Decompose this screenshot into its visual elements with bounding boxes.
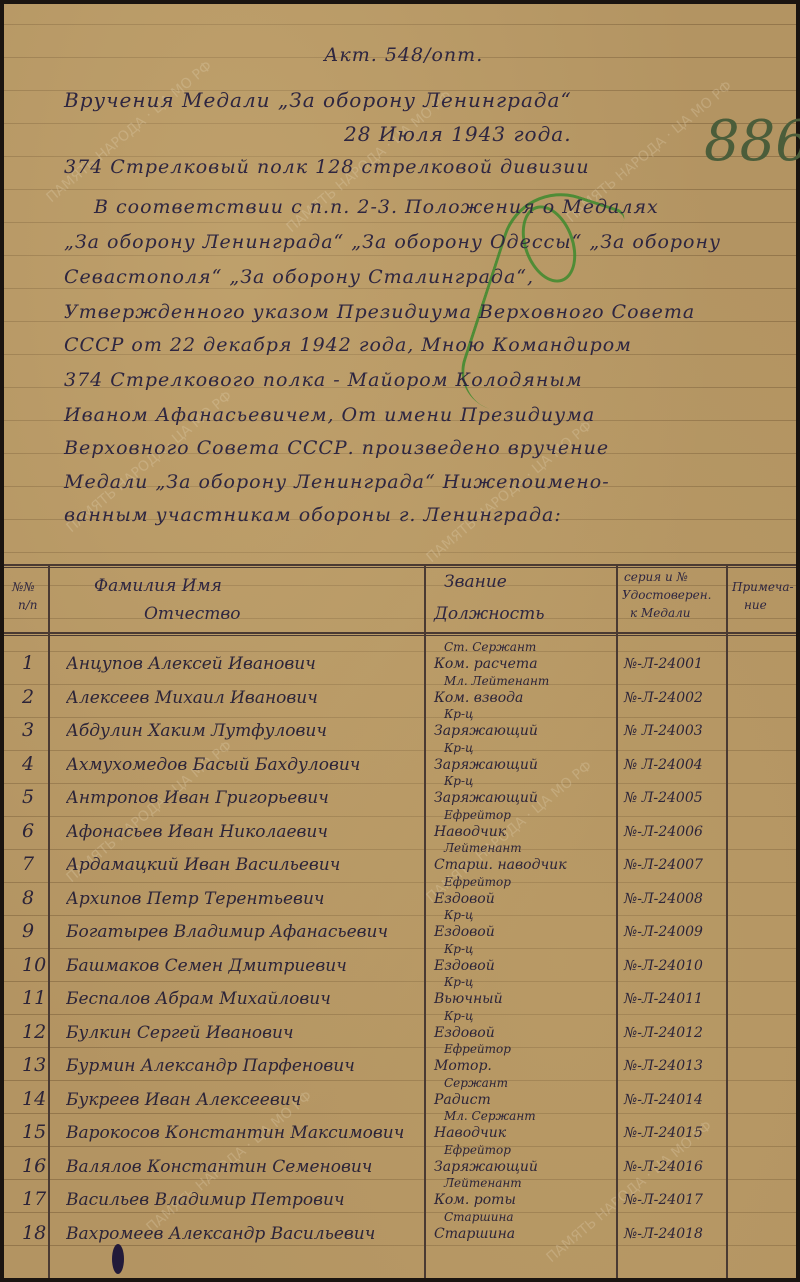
body-line: Утвержденного указом Президиума Верховно… [64, 301, 695, 323]
recipient-rank: Сержант [444, 1076, 508, 1090]
recipient-name: Валялов Константин Семенович [66, 1157, 426, 1177]
body-line: Севастополя“ „За оборону Сталинграда“, [64, 266, 534, 288]
row-number: 6 [22, 820, 52, 842]
recipient-name: Бурмин Александр Парфенович [66, 1056, 426, 1076]
table-row: 5Антропов Иван ГригорьевичКр-цЗаряжающий… [4, 782, 796, 814]
table-row: 3Абдулин Хаким ЛутфуловичКр-цЗаряжающий№… [4, 715, 796, 747]
recipient-name: Букреев Иван Алексеевич [66, 1090, 426, 1110]
recipient-rank: Ст. Сержант [444, 640, 536, 654]
watermark: ПАМЯТЬ НАРОДА · ЦА МО РФ [44, 58, 216, 206]
row-number: 3 [22, 719, 52, 741]
recipient-name: Афонасьев Иван Николаевич [66, 822, 426, 842]
row-note [734, 1226, 794, 1250]
row-note [734, 690, 794, 714]
recipient-name: Анцупов Алексей Иванович [66, 654, 426, 674]
row-note [734, 790, 794, 814]
row-number: 4 [22, 753, 52, 775]
medal-certificate-serial: №-Л-24018 [624, 1226, 703, 1242]
body-line: В соответствии с п.п. 2-3. Положения о М… [94, 196, 659, 218]
table-row: 12Булкин Сергей ИвановичКр-цЕздовой№-Л-2… [4, 1017, 796, 1049]
header-name: Фамилия Имя [94, 576, 222, 596]
recipient-name: Богатырев Владимир Афанасьевич [66, 922, 426, 942]
medal-certificate-serial: №-Л-24007 [624, 857, 703, 873]
table-row: 14Букреев Иван АлексеевичСержантРадист№-… [4, 1084, 796, 1116]
recipient-name: Варокосов Константин Максимович [66, 1123, 426, 1143]
recipient-rank: Мл. Сержант [444, 1109, 536, 1123]
table-row: 16Валялов Константин СеменовичЕфрейторЗа… [4, 1151, 796, 1183]
recipient-rank: Кр-ц [444, 908, 473, 922]
recipient-position: Радист [434, 1092, 491, 1108]
recipient-name: Башмаков Семен Дмитриевич [66, 956, 426, 976]
ink-blot [112, 1244, 124, 1274]
table-row: 13Бурмин Александр ПарфеновичЕфрейторМот… [4, 1050, 796, 1082]
medal-certificate-serial: № Л-24005 [624, 790, 703, 806]
heading-line-1: Вручения Медали „За оборону Ленинграда“ [64, 88, 572, 112]
table-row: 8Архипов Петр ТерентьевичЕфрейторЕздовой… [4, 883, 796, 915]
recipient-rank: Кр-ц [444, 975, 473, 989]
document-page: ПАМЯТЬ НАРОДА · ЦА МО РФ ПАМЯТЬ НАРОДА ·… [4, 4, 796, 1278]
recipient-rank: Ефрейтор [444, 1143, 511, 1157]
table-row: 4Ахмухомедов Басый БахдуловичКр-цЗаряжаю… [4, 749, 796, 781]
header-note: ние [744, 598, 767, 612]
recipient-position: Заряжающий [434, 757, 538, 773]
row-note [734, 1092, 794, 1116]
recipient-name: Беспалов Абрам Михайлович [66, 989, 426, 1009]
medal-certificate-serial: №-Л-24008 [624, 891, 703, 907]
medal-certificate-serial: №-Л-24011 [624, 991, 703, 1007]
recipient-position: Ком. роты [434, 1192, 516, 1208]
recipient-rank: Кр-ц [444, 774, 473, 788]
recipient-name: Архипов Петр Терентьевич [66, 889, 426, 909]
recipient-position: Ком. взвода [434, 690, 523, 706]
recipient-position: Заряжающий [434, 1159, 538, 1175]
recipient-rank: Ефрейтор [444, 808, 511, 822]
recipient-rank: Ефрейтор [444, 1042, 511, 1056]
row-note [734, 1125, 794, 1149]
recipient-name: Вахромеев Александр Васильевич [66, 1224, 426, 1244]
row-note [734, 723, 794, 747]
body-line: Верховного Совета СССР. произведено вруч… [64, 437, 609, 459]
row-number: 5 [22, 786, 52, 808]
row-note [734, 857, 794, 881]
body-line: „За оборону Ленинграда“ „За оборону Одес… [64, 231, 721, 253]
medal-certificate-serial: №-Л-24002 [624, 690, 703, 706]
recipient-name: Ардамацкий Иван Васильевич [66, 855, 426, 875]
row-number: 10 [22, 954, 52, 976]
row-note [734, 924, 794, 948]
row-note [734, 1025, 794, 1049]
row-note [734, 1159, 794, 1183]
body-line: 374 Стрелковый полк 128 стрелковой дивиз… [64, 156, 590, 178]
body-line: ванным участникам обороны г. Ленинграда: [64, 504, 562, 526]
recipient-position: Старш. наводчик [434, 857, 567, 873]
body-line: Медали „За оборону Ленинграда“ Нижепоиме… [64, 471, 610, 493]
recipient-rank: Старшина [444, 1210, 514, 1224]
header-note: Примеча- [732, 580, 794, 594]
header-name: Отчество [144, 604, 240, 624]
medal-certificate-serial: № Л-24003 [624, 723, 703, 739]
table-rule [4, 635, 796, 636]
table-rule [4, 632, 796, 634]
row-note [734, 1058, 794, 1082]
body-line: Иваном Афанасьевичем, От имени Президиум… [64, 404, 595, 426]
recipient-name: Ахмухомедов Басый Бахдулович [66, 755, 426, 775]
medal-certificate-serial: №-Л-24016 [624, 1159, 703, 1175]
heading-date: 28 Июля 1943 года. [344, 122, 572, 146]
row-number: 2 [22, 686, 52, 708]
medal-certificate-serial: №-Л-24013 [624, 1058, 703, 1074]
table-row: 9Богатырев Владимир АфанасьевичКр-цЕздов… [4, 916, 796, 948]
medal-certificate-serial: №-Л-24010 [624, 958, 703, 974]
table-row: 11Беспалов Абрам МихайловичКр-цВьючный№-… [4, 983, 796, 1015]
row-number: 17 [22, 1188, 52, 1210]
act-title: Акт. 548/опт. [324, 44, 483, 66]
row-number: 1 [22, 652, 52, 674]
medal-certificate-serial: №-Л-24014 [624, 1092, 703, 1108]
row-note [734, 991, 794, 1015]
header-serial: к Медали [630, 606, 691, 620]
medal-certificate-serial: №-Л-24012 [624, 1025, 703, 1041]
header-num: п/п [18, 598, 38, 612]
table-row: 18Вахромеев Александр ВасильевичСтаршина… [4, 1218, 796, 1250]
header-serial: Удостоверен. [622, 588, 711, 602]
recipient-rank: Мл. Лейтенант [444, 674, 549, 688]
table-row: 7Ардамацкий Иван ВасильевичЛейтенантСтар… [4, 849, 796, 881]
body-line: СССР от 22 декабря 1942 года, Мною Коман… [64, 334, 632, 356]
table-rule [4, 564, 796, 566]
row-number: 13 [22, 1054, 52, 1076]
table-row: 17Васильев Владимир ПетровичЛейтенантКом… [4, 1184, 796, 1216]
row-note [734, 656, 794, 680]
recipient-position: Заряжающий [434, 790, 538, 806]
recipient-position: Наводчик [434, 824, 506, 840]
recipient-position: Старшина [434, 1226, 515, 1242]
table-row: 15Варокосов Константин МаксимовичМл. Сер… [4, 1117, 796, 1149]
recipient-position: Наводчик [434, 1125, 506, 1141]
row-number: 12 [22, 1021, 52, 1043]
header-serial: серия и № [624, 570, 688, 584]
table-row: 2Алексеев Михаил ИвановичМл. ЛейтенантКо… [4, 682, 796, 714]
medal-certificate-serial: №-Л-24001 [624, 656, 703, 672]
header-num: №№ [12, 580, 35, 594]
recipient-name: Абдулин Хаким Лутфулович [66, 721, 426, 741]
medal-certificate-serial: №-Л-24017 [624, 1192, 703, 1208]
row-number: 14 [22, 1088, 52, 1110]
archive-page-number: 886 [704, 109, 800, 174]
recipient-rank: Кр-ц [444, 741, 473, 755]
recipients-table: №№ п/п Фамилия Имя Отчество Звание Должн… [4, 564, 796, 1278]
recipient-rank: Кр-ц [444, 942, 473, 956]
recipient-position: Ездовой [434, 891, 495, 907]
row-number: 9 [22, 920, 52, 942]
recipient-name: Булкин Сергей Иванович [66, 1023, 426, 1043]
recipient-position: Заряжающий [434, 723, 538, 739]
recipient-rank: Ефрейтор [444, 875, 511, 889]
recipient-rank: Лейтенант [444, 1176, 522, 1190]
table-row: 6Афонасьев Иван НиколаевичЕфрейторНаводч… [4, 816, 796, 848]
recipient-name: Алексеев Михаил Иванович [66, 688, 426, 708]
medal-certificate-serial: №-Л-24006 [624, 824, 703, 840]
header-position: Должность [434, 604, 545, 624]
recipient-position: Ком. расчета [434, 656, 538, 672]
row-note [734, 891, 794, 915]
recipient-position: Ездовой [434, 924, 495, 940]
recipient-position: Мотор. [434, 1058, 492, 1074]
row-number: 16 [22, 1155, 52, 1177]
row-number: 7 [22, 853, 52, 875]
row-number: 8 [22, 887, 52, 909]
recipient-position: Ездовой [434, 958, 495, 974]
recipient-name: Васильев Владимир Петрович [66, 1190, 426, 1210]
medal-certificate-serial: №-Л-24015 [624, 1125, 703, 1141]
recipient-position: Вьючный [434, 991, 503, 1007]
row-note [734, 824, 794, 848]
table-row: 10Башмаков Семен ДмитриевичКр-цЕздовой№-… [4, 950, 796, 982]
recipient-rank: Кр-ц [444, 707, 473, 721]
header-rank: Звание [444, 572, 507, 592]
row-number: 18 [22, 1222, 52, 1244]
medal-certificate-serial: №-Л-24009 [624, 924, 703, 940]
row-note [734, 958, 794, 982]
row-number: 15 [22, 1121, 52, 1143]
recipient-name: Антропов Иван Григорьевич [66, 788, 426, 808]
body-line: 374 Стрелкового полка - Майором Колодяны… [64, 369, 583, 391]
row-number: 11 [22, 987, 52, 1009]
table-rule [4, 567, 796, 568]
row-note [734, 1192, 794, 1216]
medal-certificate-serial: № Л-24004 [624, 757, 703, 773]
recipient-rank: Лейтенант [444, 841, 522, 855]
table-row: 1Анцупов Алексей ИвановичСт. СержантКом.… [4, 648, 796, 680]
row-note [734, 757, 794, 781]
recipient-rank: Кр-ц [444, 1009, 473, 1023]
recipient-position: Ездовой [434, 1025, 495, 1041]
